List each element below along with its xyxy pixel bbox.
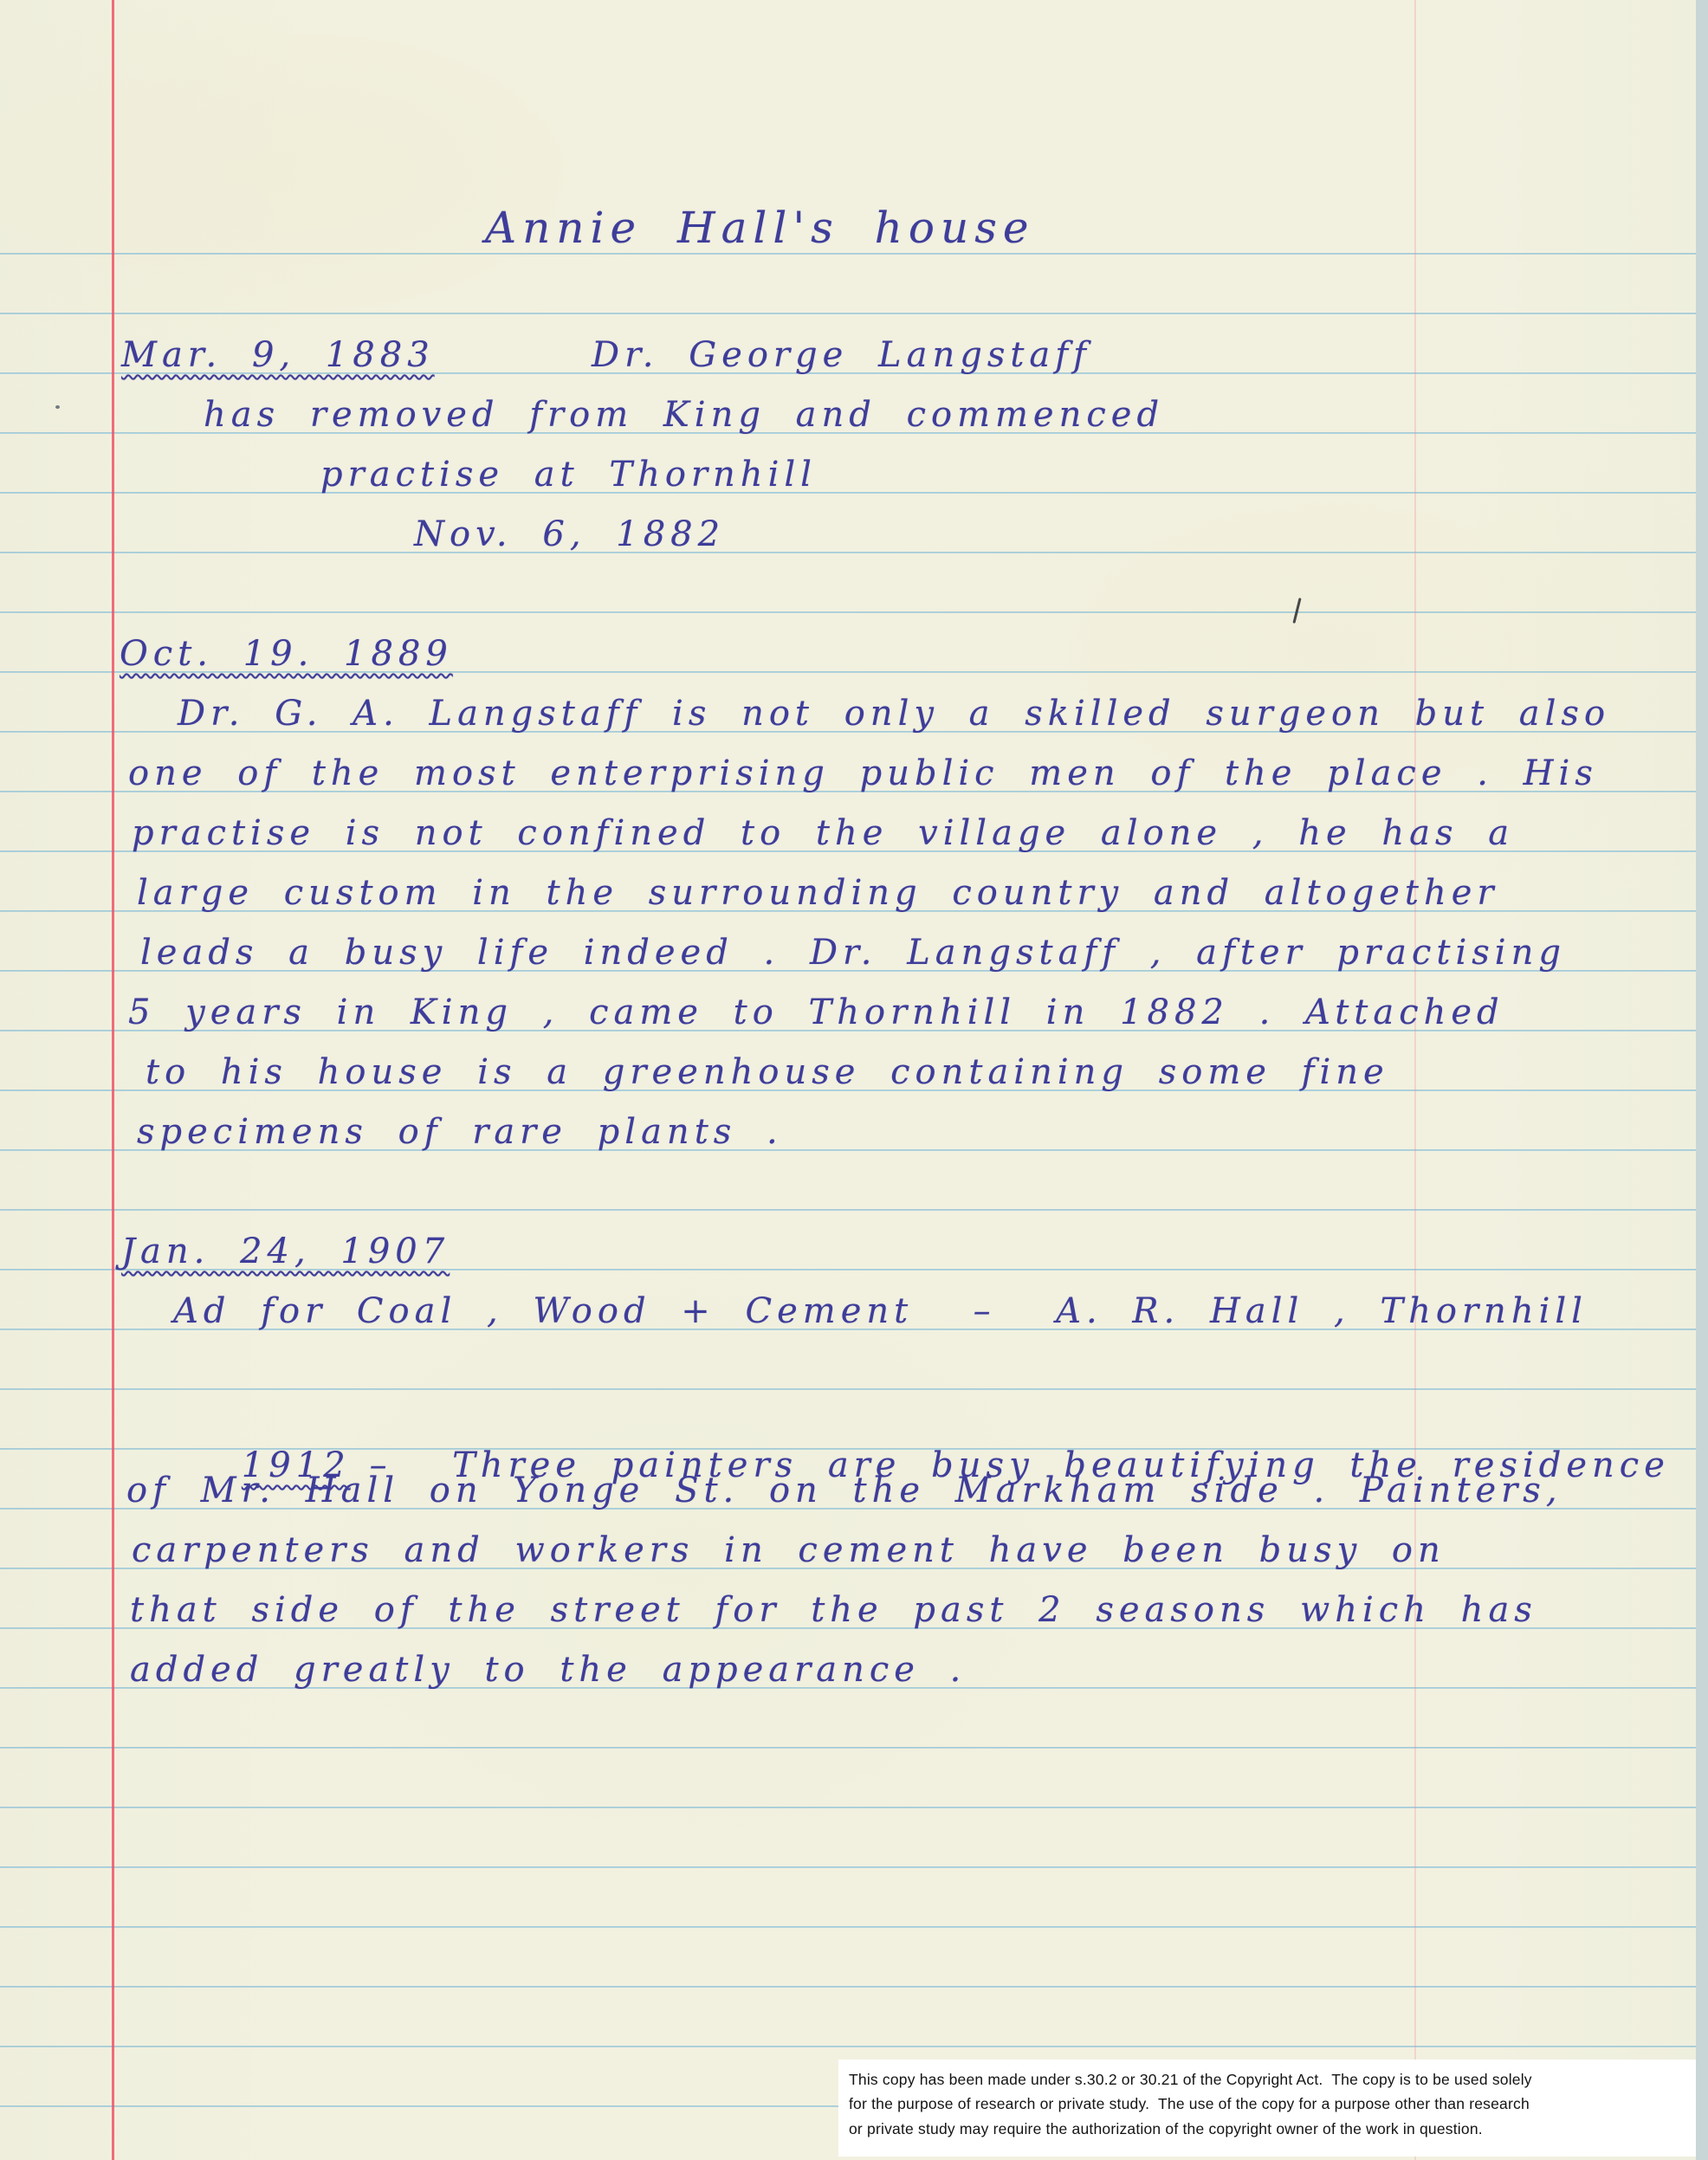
entry-1889-line: practise is not confined to the village … xyxy=(132,816,1514,850)
copyright-line-2: for the purpose of research or private s… xyxy=(849,2092,1689,2116)
entry-1912-line: added greatly to the appearance . xyxy=(130,1652,966,1687)
copyright-line-1: This copy has been made under s.30.2 or … xyxy=(849,2067,1689,2092)
entry-1889-date: Oct. 19. 1889 xyxy=(120,637,453,671)
entry-1912-line: carpenters and workers in cement have be… xyxy=(132,1533,1446,1568)
notebook-page-scan: Annie Hall's house Mar. 9, 1883 Dr. Geor… xyxy=(0,0,1708,2160)
copyright-notice: This copy has been made under s.30.2 or … xyxy=(838,2060,1699,2157)
entry-1883-date: Mar. 9, 1883 xyxy=(121,338,435,372)
ruled-lines xyxy=(0,253,1696,2113)
entry-1889-line: 5 years in King , came to Thornhill in 1… xyxy=(128,995,1504,1030)
entry-1912-line: that side of the street for the past 2 s… xyxy=(130,1593,1537,1627)
ink-speck xyxy=(55,405,60,409)
scanner-edge-strip xyxy=(1696,0,1708,2160)
entry-1907-line: Ad for Coal , Wood + Cement – A. R. Hall… xyxy=(173,1294,1588,1329)
page-title: Annie Hall's house xyxy=(485,206,1034,249)
stray-pen-mark xyxy=(1292,598,1301,624)
entry-1889-line: large custom in the surrounding country … xyxy=(137,876,1499,910)
margin-bleed-line xyxy=(1414,0,1416,2160)
entry-1912-line: of Mr. Hall on Yonge St. on the Markham … xyxy=(126,1473,1562,1508)
entry-1889-line: leads a busy life indeed . Dr. Langstaff… xyxy=(140,935,1566,970)
entry-1883-line: practise at Thornhill xyxy=(320,457,817,492)
entry-1883-line: Nov. 6, 1882 xyxy=(414,517,725,552)
red-margin-line xyxy=(112,0,114,2160)
copyright-line-3: or private study may require the authori… xyxy=(849,2117,1689,2141)
entry-1889-line: specimens of rare plants . xyxy=(137,1115,783,1149)
entry-1883-line: has removed from King and commenced xyxy=(204,398,1164,432)
entry-1889-line: Dr. G. A. Langstaff is not only a skille… xyxy=(178,696,1610,731)
entry-1883-heading: Dr. George Langstaff xyxy=(592,338,1091,372)
entry-1889-line: one of the most enterprising public men … xyxy=(128,756,1598,791)
entry-1907-date: Jan. 24, 1907 xyxy=(121,1234,450,1269)
entry-1889-line: to his house is a greenhouse containing … xyxy=(146,1055,1389,1090)
